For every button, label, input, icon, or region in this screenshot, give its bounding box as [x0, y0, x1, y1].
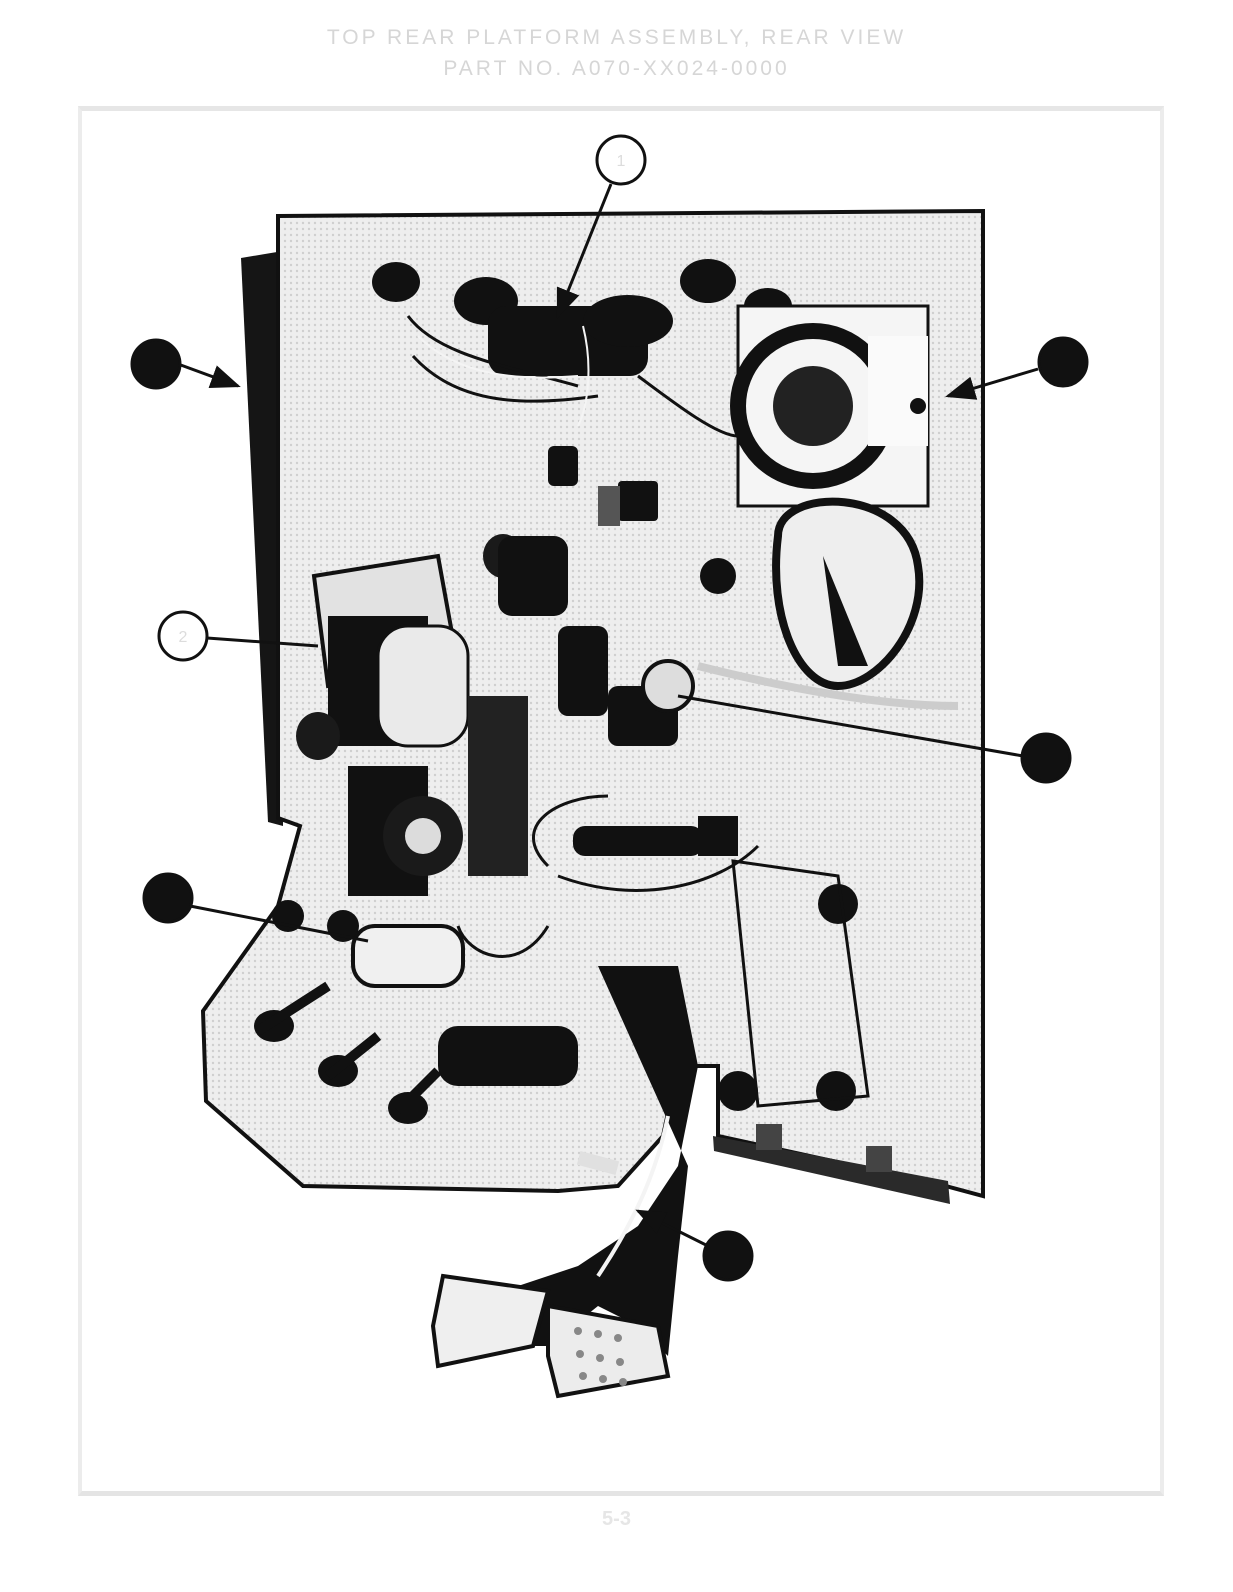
assembly-photo: 1 2	[78, 106, 1164, 1496]
svg-text:1: 1	[617, 153, 626, 170]
connector-left	[433, 1276, 548, 1366]
svg-text:2: 2	[179, 629, 188, 646]
page-number: 5-3	[0, 1508, 1233, 1531]
figure-title: TOP REAR PLATFORM ASSEMBLY, REAR VIEW	[0, 26, 1233, 50]
part-number: PART NO. A070-XX024-0000	[0, 57, 1233, 81]
callout-left-upper-filled	[132, 340, 238, 388]
